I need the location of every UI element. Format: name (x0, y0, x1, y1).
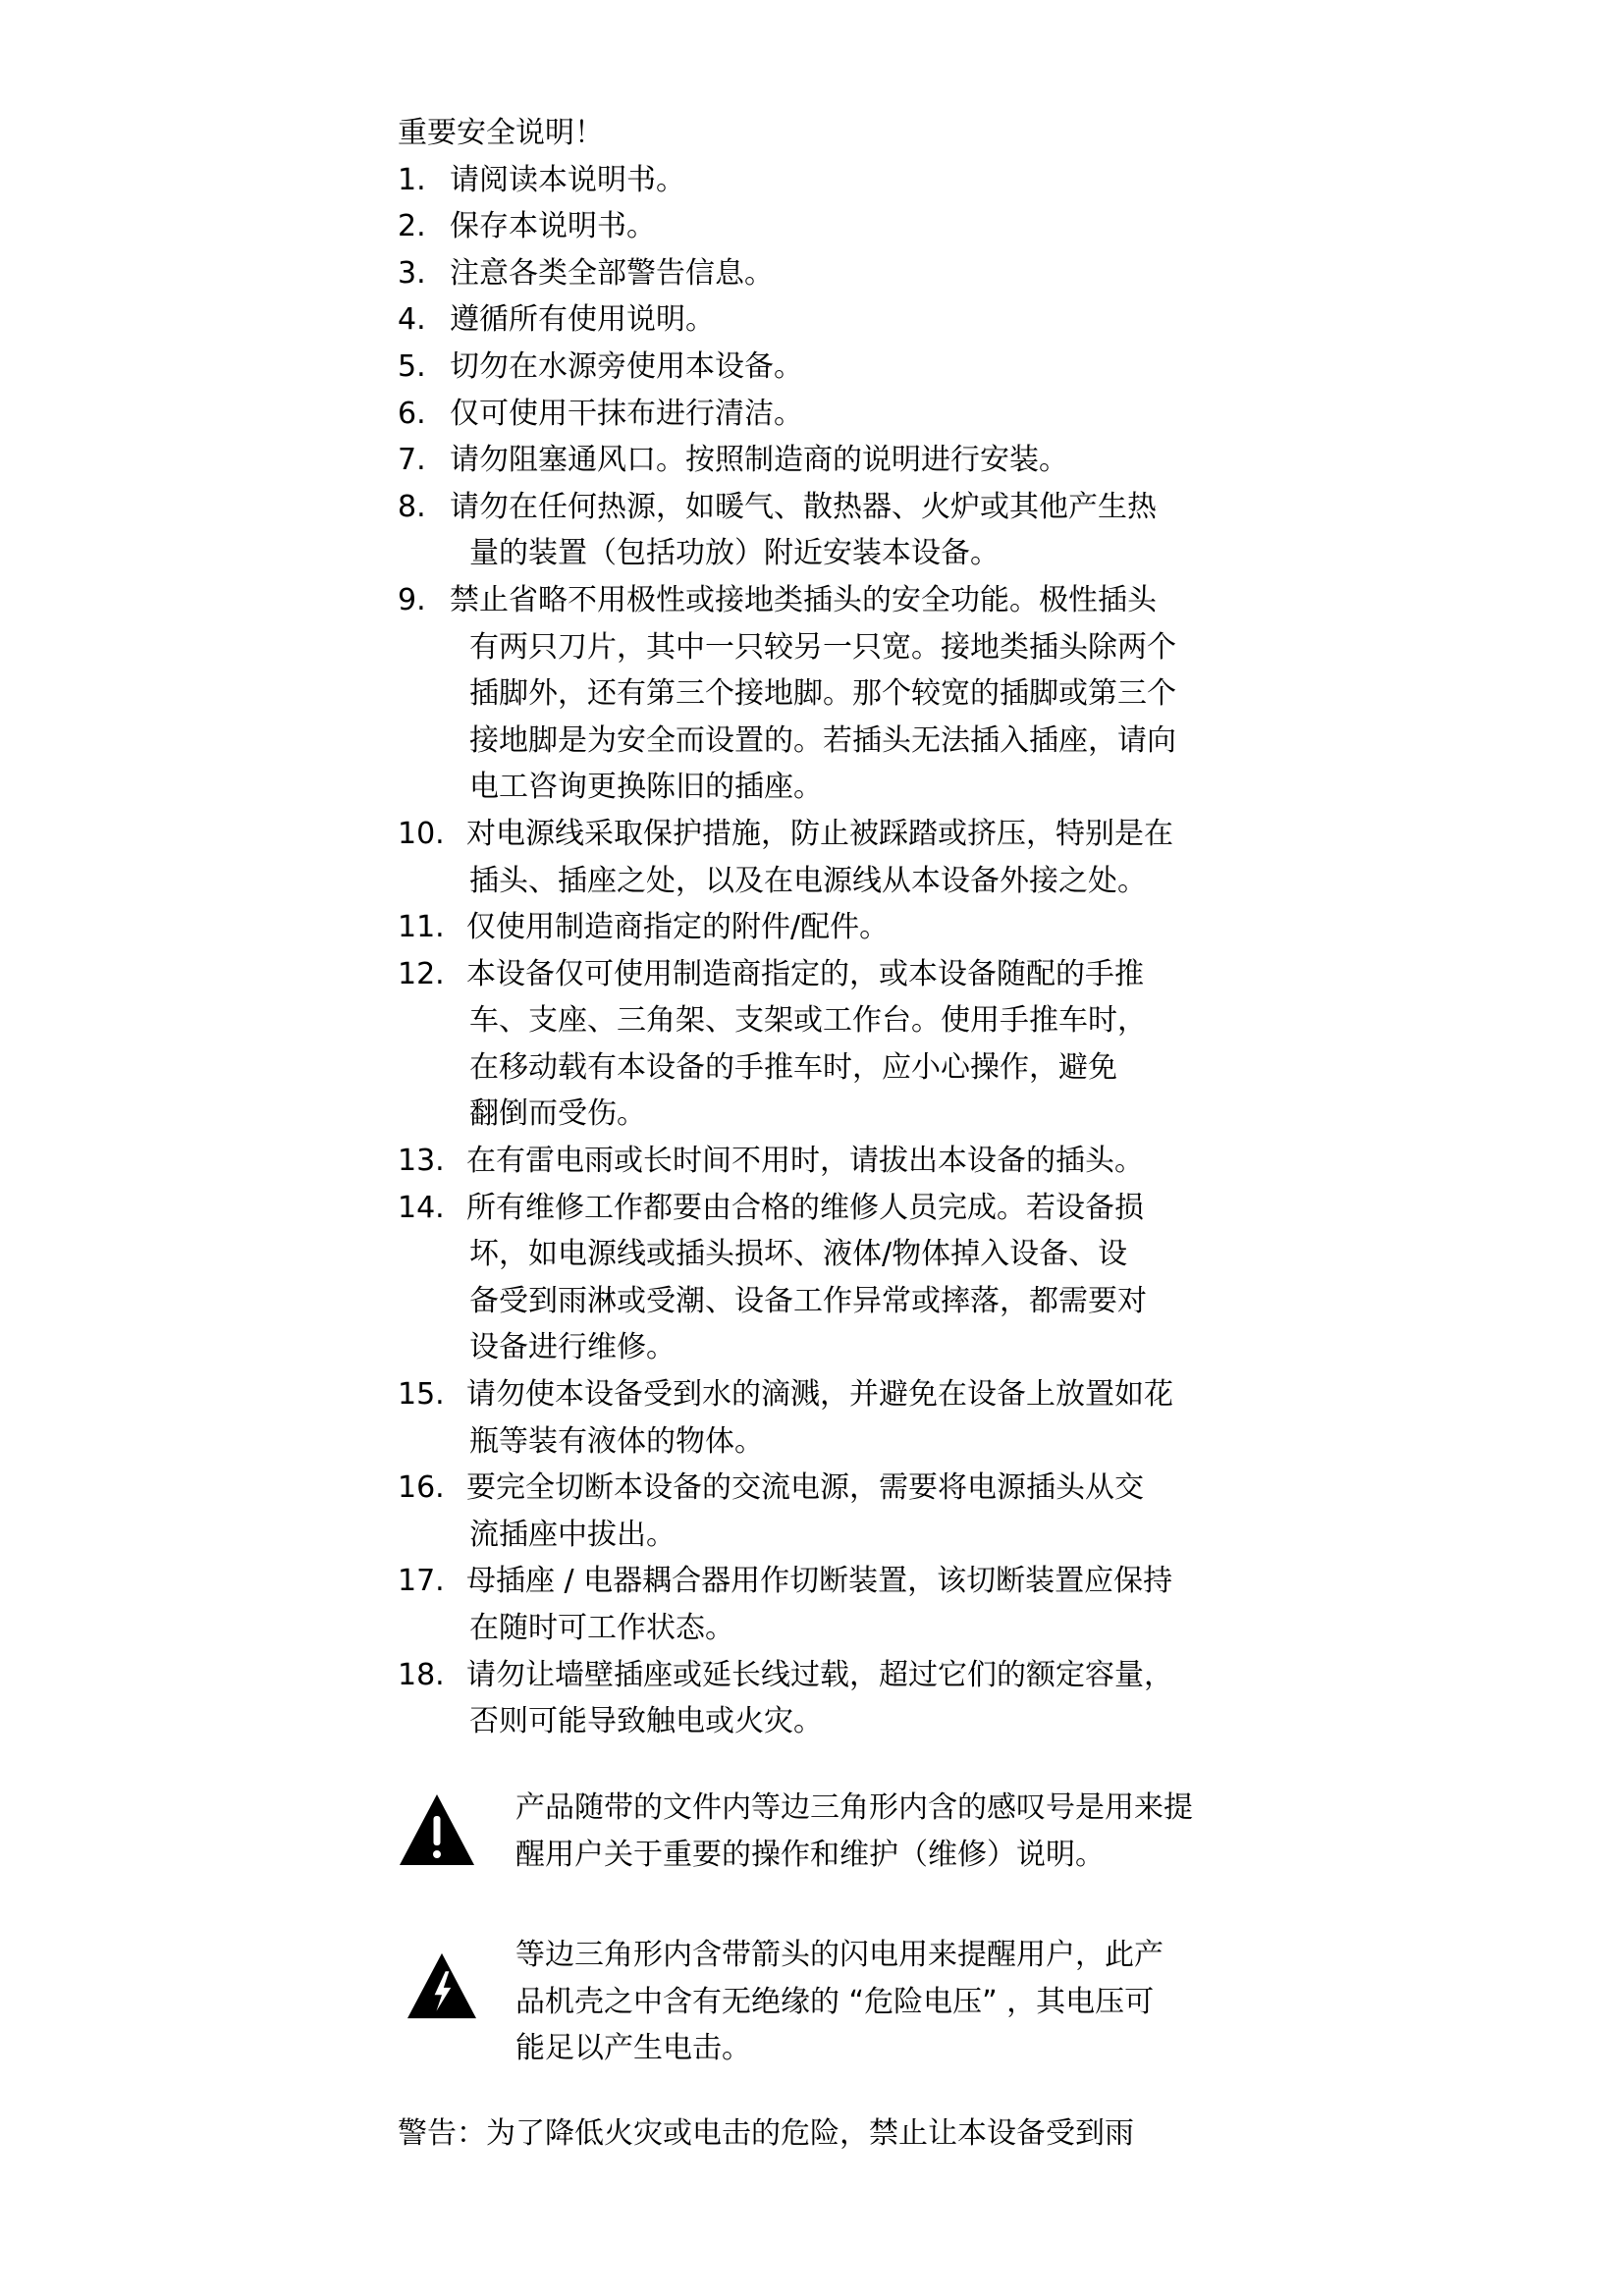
warning-text: 警告：为了降低火灾或电击的危险，禁止让本设备受到雨 (398, 2110, 1134, 2158)
item-text-line: 车、支座、三角架、支架或工作台。使用手推车时， (398, 997, 1262, 1044)
item-number: 8. (398, 484, 426, 531)
list-item: 17.母插座 / 电器耦合器用作切断装置，该切断装置应保持在随时可工作状态。 (398, 1558, 1262, 1651)
item-text-line: 切勿在水源旁使用本设备。 (398, 344, 1262, 391)
item-number: 16. (398, 1465, 445, 1512)
lightning-triangle-icon (406, 1951, 478, 2020)
item-number: 17. (398, 1558, 445, 1605)
list-item: 2.保存本说明书。 (398, 203, 1262, 250)
item-number: 18. (398, 1652, 445, 1699)
list-item: 8.请勿在任何热源，如暖气、散热器、火炉或其他产生热量的装置（包括功放）附近安装… (398, 484, 1262, 577)
item-text-line: 遵循所有使用说明。 (398, 296, 1262, 344)
notice-line: 醒用户关于重要的操作和维护（维修）说明。 (515, 1832, 1193, 1879)
item-text-line: 有两只刀片，其中一只较另一只宽。接地类插头除两个 (398, 624, 1262, 671)
page-title: 重要安全说明！ (398, 110, 1262, 157)
item-text-line: 瓶等装有液体的物体。 (398, 1418, 1262, 1466)
item-text-line: 量的装置（包括功放）附近安装本设备。 (398, 530, 1262, 577)
list-item: 15.请勿使本设备受到水的滴溅，并避免在设备上放置如花瓶等装有液体的物体。 (398, 1371, 1262, 1465)
list-item: 10.对电源线采取保护措施，防止被踩踏或挤压，特别是在插头、插座之处，以及在电源… (398, 811, 1262, 904)
item-text-line: 翻倒而受伤。 (398, 1091, 1262, 1138)
item-text-line: 在随时可工作状态。 (398, 1605, 1262, 1652)
notice-line: 品机壳之中含有无绝缘的 “危险电压” ，其电压可 (515, 1979, 1164, 2026)
item-text-line: 流插座中拔出。 (398, 1512, 1262, 1559)
item-text-line: 请勿让墙壁插座或延长线过载，超过它们的额定容量， (398, 1652, 1262, 1699)
item-text-line: 电工咨询更换陈旧的插座。 (398, 764, 1262, 811)
item-text-line: 在有雷电雨或长时间不用时，请拔出本设备的插头。 (398, 1138, 1262, 1185)
item-text-line: 本设备仅可使用制造商指定的，或本设备随配的手推 (398, 951, 1262, 998)
list-item: 1.请阅读本说明书。 (398, 157, 1262, 204)
list-item: 18.请勿让墙壁插座或延长线过载，超过它们的额定容量，否则可能导致触电或火灾。 (398, 1652, 1262, 1745)
item-number: 2. (398, 203, 426, 250)
notice-line: 等边三角形内含带箭头的闪电用来提醒用户，此产 (515, 1932, 1164, 1979)
item-number: 9. (398, 577, 426, 624)
item-number: 12. (398, 951, 445, 998)
list-item: 13.在有雷电雨或长时间不用时，请拔出本设备的插头。 (398, 1138, 1262, 1185)
item-number: 1. (398, 157, 426, 204)
item-number: 5. (398, 344, 426, 391)
item-text-line: 请勿使本设备受到水的滴溅，并避免在设备上放置如花 (398, 1371, 1262, 1418)
item-text-line: 对电源线采取保护措施，防止被踩踏或挤压，特别是在 (398, 811, 1262, 858)
list-item: 16.要完全切断本设备的交流电源，需要将电源插头从交流插座中拔出。 (398, 1465, 1262, 1558)
item-text-line: 接地脚是为安全而设置的。若插头无法插入插座，请向 (398, 718, 1262, 765)
list-item: 14.所有维修工作都要由合格的维修人员完成。若设备损坏，如电源线或插头损坏、液体… (398, 1185, 1262, 1371)
item-text-line: 要完全切断本设备的交流电源，需要将电源插头从交 (398, 1465, 1262, 1512)
list-item: 5.切勿在水源旁使用本设备。 (398, 344, 1262, 391)
instruction-list: 1.请阅读本说明书。2.保存本说明书。3.注意各类全部警告信息。4.遵循所有使用… (398, 157, 1262, 1745)
item-text-line: 母插座 / 电器耦合器用作切断装置，该切断装置应保持 (398, 1558, 1262, 1605)
item-number: 11. (398, 904, 445, 951)
item-text-line: 所有维修工作都要由合格的维修人员完成。若设备损 (398, 1185, 1262, 1232)
item-text-line: 仅使用制造商指定的附件/配件。 (398, 904, 1262, 951)
list-item: 12.本设备仅可使用制造商指定的，或本设备随配的手推车、支座、三角架、支架或工作… (398, 951, 1262, 1138)
list-item: 6.仅可使用干抹布进行清洁。 (398, 391, 1262, 438)
list-item: 9.禁止省略不用极性或接地类插头的安全功能。极性插头有两只刀片，其中一只较另一只… (398, 577, 1262, 811)
item-number: 13. (398, 1138, 445, 1185)
item-number: 15. (398, 1371, 445, 1418)
list-item: 3.注意各类全部警告信息。 (398, 250, 1262, 297)
notice-line: 产品随带的文件内等边三角形内含的感叹号是用来提 (515, 1785, 1193, 1832)
item-number: 3. (398, 250, 426, 297)
item-text-line: 插脚外，还有第三个接地脚。那个较宽的插脚或第三个 (398, 670, 1262, 718)
notice-text: 等边三角形内含带箭头的闪电用来提醒用户，此产 品机壳之中含有无绝缘的 “危险电压… (515, 1932, 1164, 2072)
safety-instructions: 重要安全说明！ 1.请阅读本说明书。2.保存本说明书。3.注意各类全部警告信息。… (398, 110, 1262, 1745)
list-item: 11.仅使用制造商指定的附件/配件。 (398, 904, 1262, 951)
item-text-line: 备受到雨淋或受潮、设备工作异常或摔落，都需要对 (398, 1278, 1262, 1325)
item-number: 6. (398, 391, 426, 438)
notice-line: 能足以产生电击。 (515, 2025, 1164, 2072)
item-text-line: 保存本说明书。 (398, 203, 1262, 250)
list-item: 7.请勿阻塞通风口。按照制造商的说明进行安装。 (398, 437, 1262, 484)
item-text-line: 坏，如电源线或插头损坏、液体/物体掉入设备、设 (398, 1231, 1262, 1278)
item-text-line: 设备进行维修。 (398, 1324, 1262, 1371)
exclamation-triangle-icon (398, 1792, 476, 1867)
item-text-line: 在移动载有本设备的手推车时，应小心操作，避免 (398, 1044, 1262, 1092)
item-text-line: 请阅读本说明书。 (398, 157, 1262, 204)
item-number: 7. (398, 437, 426, 484)
item-text-line: 仅可使用干抹布进行清洁。 (398, 391, 1262, 438)
item-number: 14. (398, 1185, 445, 1232)
item-text-line: 注意各类全部警告信息。 (398, 250, 1262, 297)
list-item: 4.遵循所有使用说明。 (398, 296, 1262, 344)
item-number: 10. (398, 811, 445, 858)
item-text-line: 禁止省略不用极性或接地类插头的安全功能。极性插头 (398, 577, 1262, 624)
notice-text: 产品随带的文件内等边三角形内含的感叹号是用来提 醒用户关于重要的操作和维护（维修… (515, 1785, 1193, 1878)
item-number: 4. (398, 296, 426, 344)
item-text-line: 否则可能导致触电或火灾。 (398, 1698, 1262, 1745)
item-text-line: 请勿在任何热源，如暖气、散热器、火炉或其他产生热 (398, 484, 1262, 531)
item-text-line: 请勿阻塞通风口。按照制造商的说明进行安装。 (398, 437, 1262, 484)
item-text-line: 插头、插座之处，以及在电源线从本设备外接之处。 (398, 858, 1262, 905)
